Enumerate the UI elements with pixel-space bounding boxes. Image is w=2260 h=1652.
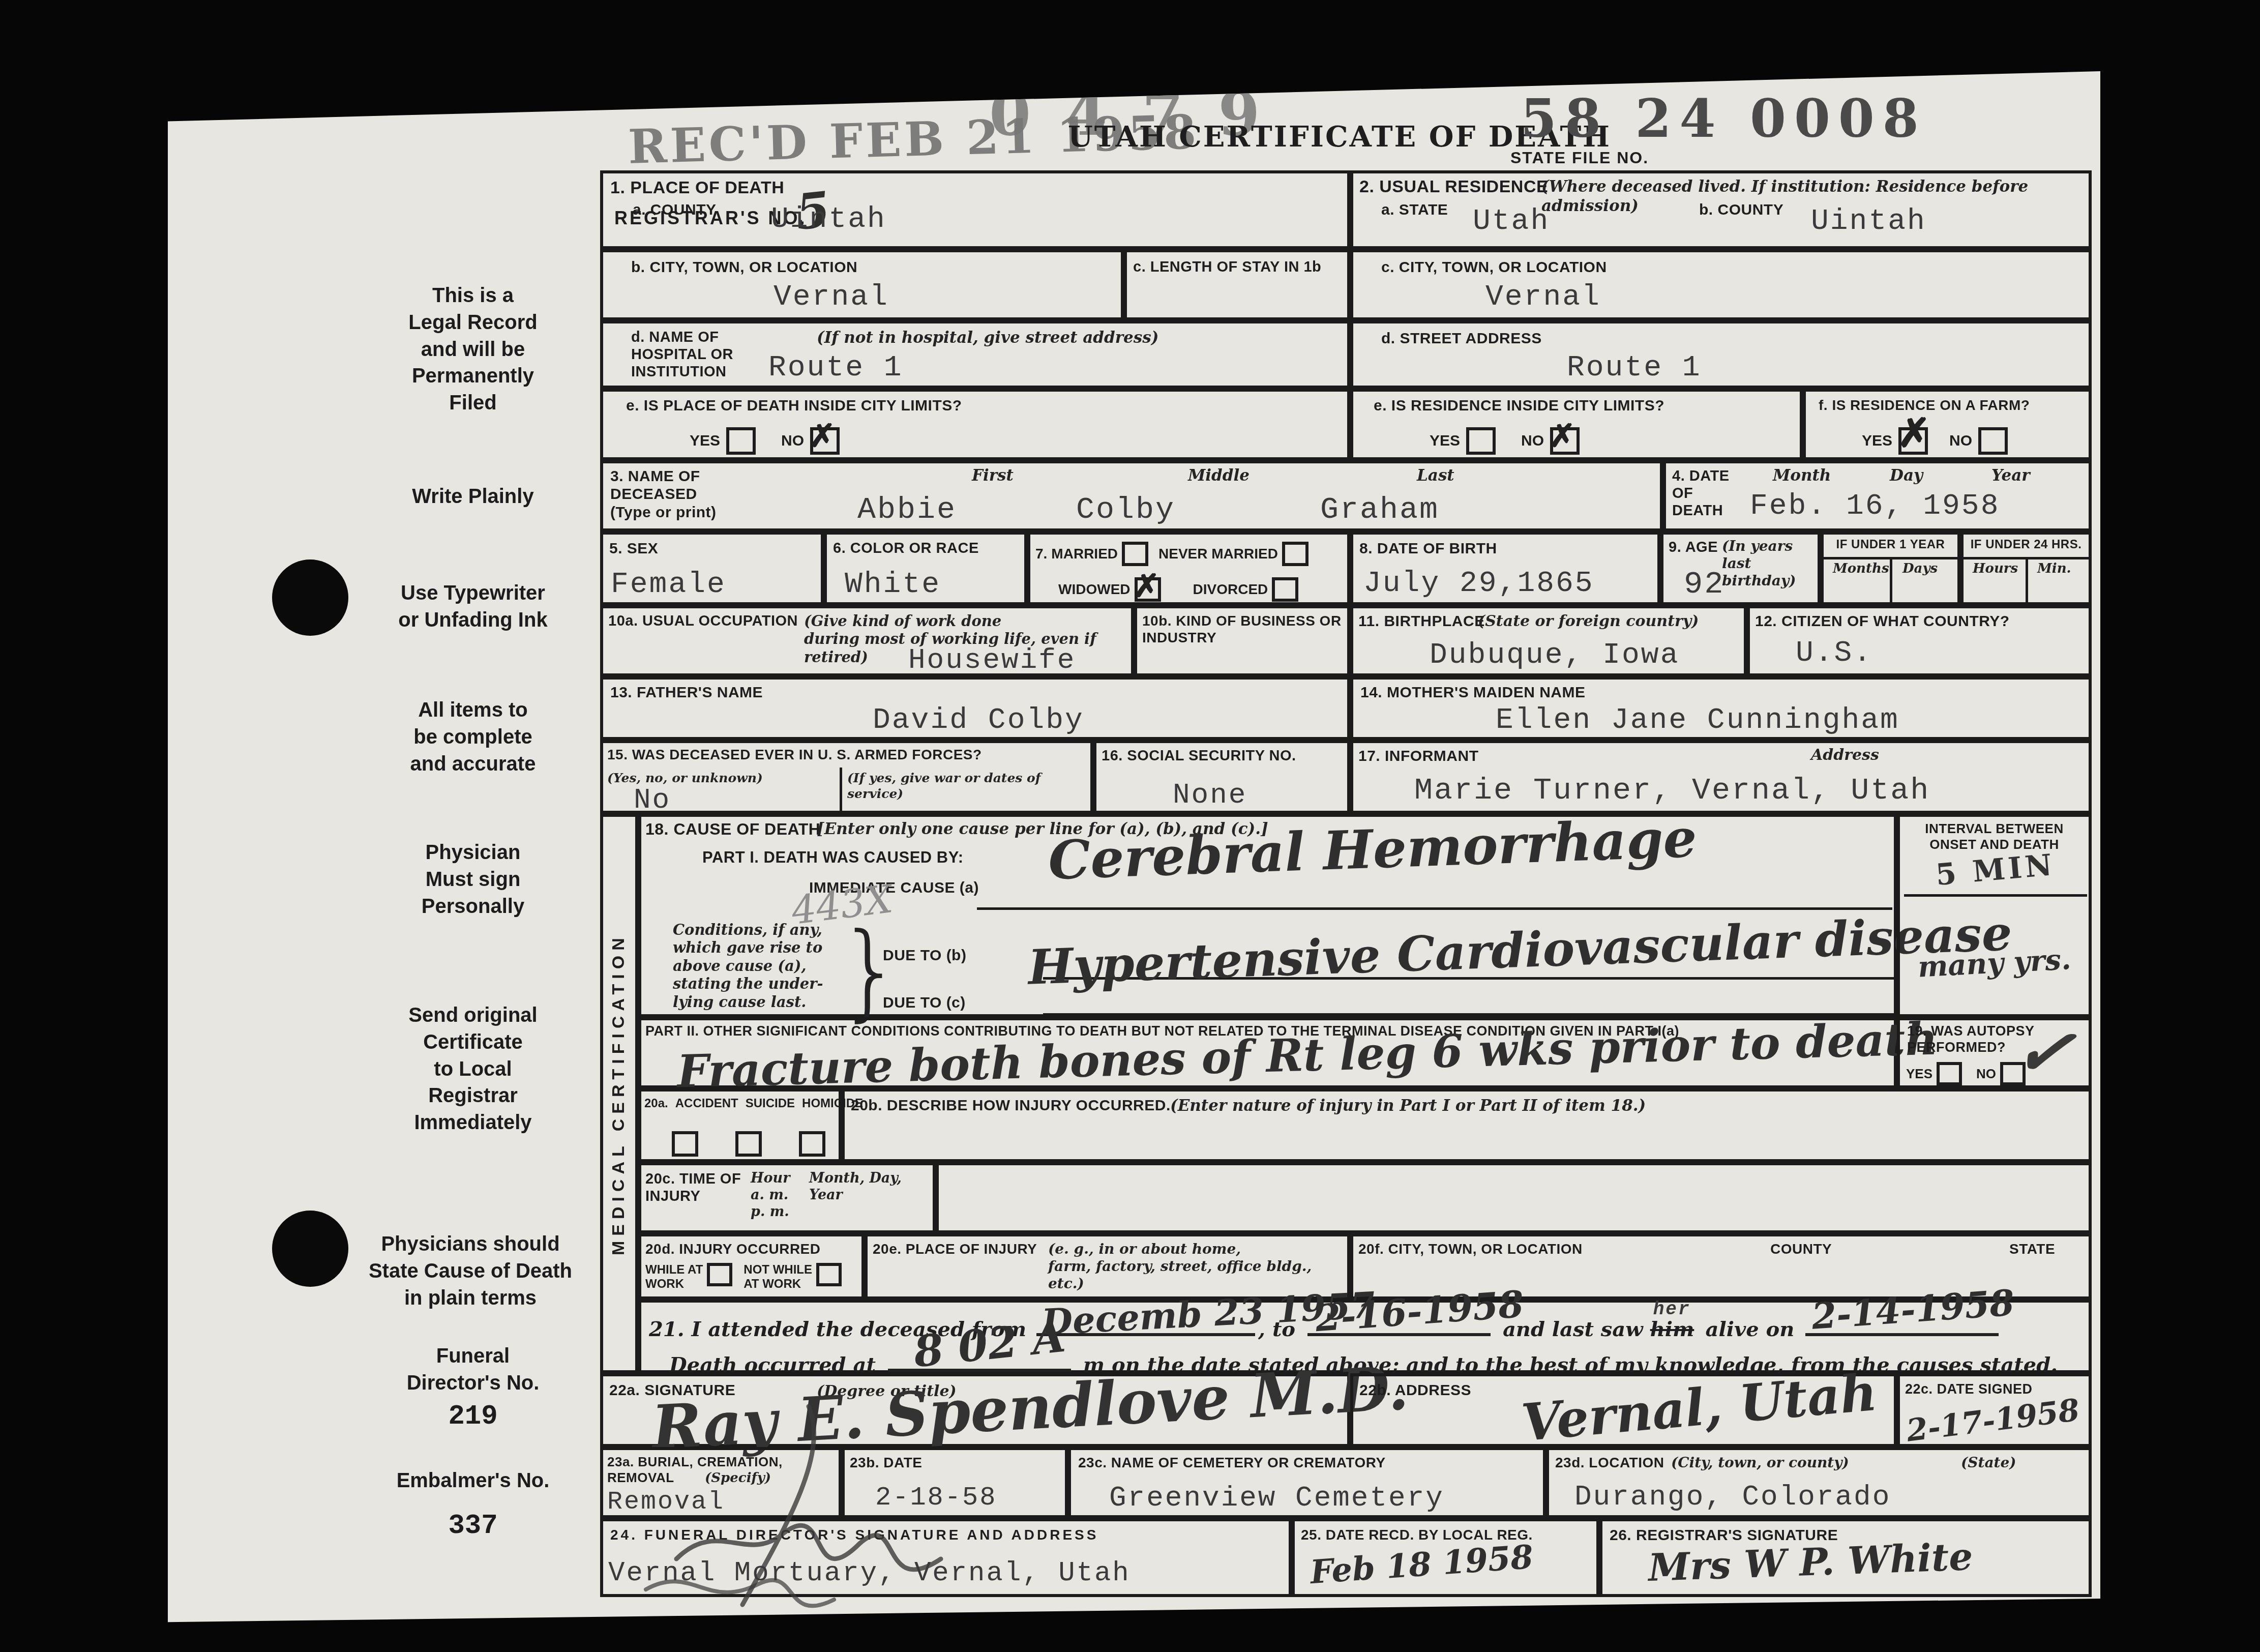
- death-county-value: Uintah: [771, 203, 886, 236]
- field-label: 20e. PLACE OF INJURY: [873, 1241, 1037, 1257]
- field-20b-describe-injury: 20b. DESCRIBE HOW INJURY OCCURRED. (Ente…: [842, 1088, 2092, 1162]
- field-26-registrar-signature: 26. REGISTRAR'S SIGNATURE Mrs W P. White: [1599, 1518, 2092, 1597]
- field-label: 1. PLACE OF DEATH: [610, 178, 784, 198]
- field-label: 9. AGE: [1669, 539, 1718, 556]
- field-label: e. IS RESIDENCE INSIDE CITY LIMITS?: [1374, 397, 1664, 415]
- field-15-armed-forces: 15. WAS DECEASED EVER IN U. S. ARMED FOR…: [600, 740, 1093, 814]
- field-label: 20d. INJURY OCCURRED: [645, 1241, 821, 1257]
- yes-checkbox: ✗: [1898, 427, 1928, 455]
- field-label: 7.: [1035, 546, 1047, 562]
- field-label: 24. FUNERAL DIRECTOR'S SIGNATURE AND ADD…: [610, 1526, 1098, 1543]
- social-security-value: None: [1173, 779, 1247, 811]
- armed-forces-value: No: [634, 784, 671, 816]
- state-file-no-label: STATE FILE NO.: [1510, 149, 1649, 168]
- field-9-age: 9. AGE (In years last birthday) 92: [1660, 532, 1821, 605]
- while-at-work-label: WHILE AT WORK: [645, 1263, 703, 1291]
- brace-glyph: }: [837, 911, 903, 1032]
- field-22c-date-signed: 22c. DATE SIGNED 2-17-1958: [1897, 1373, 2092, 1447]
- field-5-sex: 5. SEX Female: [600, 532, 824, 605]
- no-checkbox: [1978, 427, 2008, 455]
- state-file-number-stamp: 58 24 0008: [1521, 88, 1927, 150]
- field-4-date-of-death: 4. DATE OF DEATH Month Day Year Feb. 16,…: [1663, 460, 2092, 532]
- part1-label: PART I. DEATH WAS CAUSED BY:: [702, 848, 963, 867]
- field-label: 22c. DATE SIGNED: [1905, 1381, 2033, 1398]
- field-1-place-of-death: 1. PLACE OF DEATH a. COUNTY Uintah: [600, 170, 1350, 249]
- mothers-maiden-name-value: Ellen Jane Cunningham: [1496, 704, 1899, 737]
- hour-header: Hour a. m. p. m.: [751, 1170, 790, 1221]
- no-checkbox: ✗: [810, 427, 840, 455]
- field-label: 4. DATE OF DEATH: [1672, 467, 1730, 520]
- field-label: 13. FATHER'S NAME: [610, 684, 763, 701]
- field-2d-street-address: d. STREET ADDRESS Route 1: [1350, 320, 2092, 389]
- age-value: 92: [1684, 566, 1724, 602]
- field-label: 2. USUAL RESIDENCE: [1359, 176, 1548, 197]
- field-18-cause-of-death: 18. CAUSE OF DEATH [Enter only one cause…: [638, 814, 1897, 1017]
- field-label: 11. BIRTHPLACE: [1358, 612, 1485, 630]
- field-9-under-24-hrs: IF UNDER 24 HRS. Hours Min.: [1960, 532, 2092, 605]
- no-checkbox: ✗: [1550, 427, 1580, 455]
- death-city-value: Vernal: [774, 281, 889, 314]
- hospital-value: Route 1: [768, 351, 903, 385]
- field-hint: (In years last birthday): [1722, 538, 1818, 589]
- field-19-autopsy: 19. WAS AUTOPSY PERFORMED? YES NO ✓: [1897, 1017, 2092, 1088]
- field-12-citizenship: 12. CITIZEN OF WHAT COUNTRY? U.S.: [1747, 605, 2092, 676]
- field-hint: (Enter nature of injury in Part I or Par…: [1170, 1097, 1646, 1116]
- field-label: 5. SEX: [609, 540, 658, 557]
- immediate-cause-value: Cerebral Hemorrhage: [1047, 807, 1698, 892]
- date-header: Month, Day, Year: [809, 1170, 933, 1204]
- yes-label: YES: [690, 432, 720, 450]
- field-label: 10b. KIND OF BUSINESS OR INDUSTRY: [1142, 612, 1346, 646]
- no-label: NO: [1976, 1066, 1996, 1082]
- field-hint: (e. g., in or about home, farm, factory,…: [1048, 1241, 1347, 1292]
- first-header: First: [972, 466, 1014, 486]
- field-2e-city-limits: e. IS RESIDENCE INSIDE CITY LIMITS? YES …: [1350, 389, 1803, 460]
- yes-label: YES: [1906, 1066, 1932, 1082]
- middle-header: Middle: [1188, 466, 1250, 486]
- informant-value: Marie Turner, Vernal, Utah: [1414, 774, 1930, 808]
- state-hint: (State): [1961, 1454, 2016, 1471]
- field-label: 17. INFORMANT: [1358, 747, 1479, 765]
- field-6-color-or-race: 6. COLOR OR RACE White: [824, 532, 1027, 605]
- field-hint: (City, town, or county): [1671, 1454, 1849, 1471]
- field-25-date-received: 25. DATE RECD. BY LOCAL REG. Feb 18 1958: [1292, 1518, 1599, 1597]
- punch-hole: [272, 1211, 348, 1287]
- field-label: 16. SOCIAL SECURITY NO.: [1102, 747, 1296, 764]
- cemetery-value: Greenview Cemetery: [1109, 1482, 1444, 1514]
- field-10b-industry: 10b. KIND OF BUSINESS OR INDUSTRY: [1134, 605, 1350, 676]
- field-23d-location: 23d. LOCATION (City, town, or county) (S…: [1546, 1447, 2092, 1518]
- field-20c-spacer: [936, 1162, 2092, 1233]
- accident-label: ACCIDENT: [675, 1097, 738, 1111]
- residence-state-value: Utah: [1473, 205, 1550, 238]
- months-header: Months: [1833, 561, 1889, 577]
- margin-note-write-plainly: Write Plainly: [361, 483, 585, 510]
- yes-label: YES: [1430, 432, 1460, 450]
- field-2f-farm: f. IS RESIDENCE ON A FARM? YES ✗ NO: [1803, 389, 2092, 460]
- field-label: b. CITY, TOWN, OR LOCATION: [631, 258, 857, 276]
- field-label: e. IS PLACE OF DEATH INSIDE CITY LIMITS?: [626, 397, 962, 415]
- day-header: Day: [1890, 466, 1923, 486]
- field-label: 20a.: [644, 1097, 668, 1111]
- field-20a-accident-suicide-homicide: 20a. ACCIDENT SUICIDE HOMICIDE: [638, 1088, 842, 1162]
- field-22a-signature: 22a. SIGNATURE (Degree or title) Ray E. …: [600, 1373, 1350, 1447]
- field-17-informant: 17. INFORMANT Address Marie Turner, Vern…: [1350, 740, 2092, 814]
- margin-note-complete: All items to be complete and accurate: [361, 697, 585, 777]
- field-3-name-of-deceased: 3. NAME OF DECEASED (Type or print) Firs…: [600, 460, 1663, 532]
- no-label: NO: [1949, 432, 1972, 450]
- accident-checkbox: [672, 1131, 698, 1157]
- due-to-b-value: Hypertensive Cardiovascular disease: [1027, 905, 2013, 995]
- burial-location-value: Durango, Colorado: [1574, 1481, 1891, 1513]
- date-received-value: Feb 18 1958: [1309, 1538, 1534, 1591]
- margin-note-plain-terms: Physicians should State Cause of Death i…: [343, 1231, 598, 1311]
- medical-certification-strip: MEDICAL CERTIFICATION: [600, 814, 638, 1373]
- field-23b-burial-date: 23b. DATE 2-18-58: [842, 1447, 1068, 1518]
- attended-to-blank: 2-16-1958: [1307, 1310, 1491, 1336]
- field-9-under-1-year: IF UNDER 1 YEAR Months Days: [1821, 532, 1960, 605]
- birthplace-value: Dubuque, Iowa: [1430, 639, 1679, 672]
- field-hint: (Specify): [705, 1470, 771, 1487]
- field-1e-city-limits: e. IS PLACE OF DEATH INSIDE CITY LIMITS?…: [600, 389, 1350, 460]
- while-at-work-checkbox: [707, 1263, 732, 1286]
- days-header: Days: [1902, 561, 1938, 577]
- race-value: White: [845, 568, 941, 601]
- field-7-marital-status: 7. MARRIED NEVER MARRIED WIDOWED ✗ DIVOR…: [1027, 532, 1350, 605]
- him-printed-struck: him: [1650, 1317, 1694, 1341]
- fathers-name-value: David Colby: [873, 704, 1084, 737]
- field-2-usual-residence: 2. USUAL RESIDENCE (Where deceased lived…: [1350, 170, 2092, 249]
- attended-text: alive on: [1706, 1317, 1795, 1341]
- field-label: 23b. DATE: [850, 1454, 922, 1471]
- married-checkbox: [1122, 542, 1148, 566]
- due-to-c-label: DUE TO (c): [883, 994, 966, 1012]
- field-hint: (If yes, give war or dates of service): [847, 771, 1090, 802]
- field-10a-occupation: 10a. USUAL OCCUPATION (Give kind of work…: [600, 605, 1134, 676]
- suicide-label: SUICIDE: [746, 1097, 795, 1111]
- last-header: Last: [1417, 466, 1454, 486]
- margin-note-physician-sign: Physician Must sign Personally: [361, 839, 585, 920]
- margin-note-legal-record: This is a Legal Record and will be Perma…: [361, 282, 585, 417]
- field-label: 22b. ADDRESS: [1359, 1381, 1471, 1399]
- conditions-note: Conditions, if any, which gave rise to a…: [673, 921, 823, 1011]
- field-label: 18. CAUSE OF DEATH: [645, 820, 820, 839]
- burial-date-value: 2-18-58: [875, 1483, 997, 1513]
- field-22b-address: 22b. ADDRESS Vernal, Utah: [1350, 1373, 1897, 1447]
- field-label: 20b. DESCRIBE HOW INJURY OCCURRED.: [851, 1097, 1171, 1114]
- widowed-label: WIDOWED: [1058, 581, 1131, 598]
- no-label: NO: [1521, 432, 1544, 450]
- field-label: 20c. TIME OF INJURY: [645, 1170, 741, 1205]
- yes-label: YES: [1862, 432, 1892, 450]
- field-hint: (If not in hospital, give street address…: [817, 329, 1158, 348]
- certificate-paper: REC'D FEB 21 1958 0479 UTAH CERTIFICATE …: [168, 71, 2100, 1638]
- field-label: 14. MOTHER'S MAIDEN NAME: [1360, 684, 1586, 701]
- field-hint: (Yes, no, or unknown): [607, 771, 763, 786]
- field-18-part2: PART II. OTHER SIGNIFICANT CONDITIONS CO…: [638, 1017, 1897, 1088]
- field-24-funeral-director: 24. FUNERAL DIRECTOR'S SIGNATURE AND ADD…: [600, 1518, 1292, 1597]
- first-name-value: Abbie: [857, 493, 957, 527]
- field-hint: (State or foreign country): [1478, 612, 1699, 631]
- field-label: a. COUNTY: [633, 201, 717, 219]
- not-while-at-work-checkbox: [816, 1263, 842, 1286]
- under-24-hrs-label: IF UNDER 24 HRS.: [1964, 538, 2089, 552]
- citizenship-value: U.S.: [1796, 637, 1872, 670]
- embalmer-no-value: 337: [361, 1508, 585, 1544]
- residence-county-value: Uintah: [1811, 205, 1926, 238]
- form-grid: 1. PLACE OF DEATH a. COUNTY Uintah 2. US…: [600, 170, 2092, 1597]
- min-header: Min.: [2037, 561, 2071, 577]
- widowed-checkbox: ✗: [1135, 577, 1161, 602]
- funeral-director-no-label: Funeral Director's No.: [361, 1343, 585, 1397]
- interval-a-value: 5 MIN: [1934, 847, 2056, 892]
- date-of-death-value: Feb. 16, 1958: [1750, 490, 2000, 523]
- field-20d-injury-occurred: 20d. INJURY OCCURRED WHILE AT WORK NOT W…: [638, 1233, 865, 1300]
- last-alive-blank: 2-14-1958: [1805, 1310, 1999, 1336]
- field-8-date-of-birth: 8. DATE OF BIRTH July 29,1865: [1350, 532, 1660, 605]
- field-2c-city: c. CITY, TOWN, OR LOCATION Vernal: [1350, 249, 2092, 320]
- field-14-mothers-maiden-name: 14. MOTHER'S MAIDEN NAME Ellen Jane Cunn…: [1350, 676, 2092, 740]
- death-time-blank: 8 02 A: [888, 1345, 1071, 1372]
- due-to-b-label: DUE TO (b): [883, 947, 966, 964]
- no-label: NO: [781, 432, 804, 450]
- physician-address-value: Vernal, Utah: [1519, 1362, 1879, 1453]
- hours-header: Hours: [1973, 561, 2018, 577]
- field-label: d. STREET ADDRESS: [1381, 330, 1542, 347]
- state-header: STATE: [2009, 1241, 2055, 1257]
- occupation-value: Housewife: [908, 644, 1076, 676]
- field-label: 10a. USUAL OCCUPATION: [608, 612, 798, 630]
- divorced-checkbox: [1272, 577, 1298, 602]
- field-label: 23c. NAME OF CEMETERY OR CREMATORY: [1078, 1454, 1386, 1471]
- field-16-social-security: 16. SOCIAL SECURITY NO. None: [1093, 740, 1350, 814]
- suicide-checkbox: [735, 1131, 762, 1157]
- address-header: Address: [1811, 746, 1879, 765]
- interval-b-value: many yrs.: [1917, 942, 2071, 984]
- divorced-label: DIVORCED: [1193, 581, 1268, 598]
- field-23a-burial: 23a. BURIAL, CREMATION, REMOVAL (Specify…: [600, 1447, 842, 1518]
- field-label: a. STATE: [1381, 201, 1448, 219]
- field-label: b. COUNTY: [1699, 201, 1783, 219]
- field-label: 15. WAS DECEASED EVER IN U. S. ARMED FOR…: [607, 746, 982, 763]
- month-header: Month: [1773, 466, 1831, 486]
- attended-from-blank: Decemb 23 1957: [1036, 1310, 1255, 1336]
- yes-checkbox: [1466, 427, 1496, 455]
- field-label: 3. NAME OF DECEASED (Type or print): [610, 467, 717, 521]
- field-1c-length-of-stay: c. LENGTH OF STAY IN 1b: [1124, 249, 1350, 320]
- punch-hole: [272, 559, 348, 636]
- field-label: 12. CITIZEN OF WHAT COUNTRY?: [1755, 612, 2010, 630]
- county-header: COUNTY: [1770, 1241, 1832, 1257]
- margin-note-send-original: Send original Certificate to Local Regis…: [361, 1002, 585, 1136]
- yes-checkbox: [1937, 1062, 1962, 1085]
- field-1d-hospital: d. NAME OF HOSPITAL OR INSTITUTION (If n…: [600, 320, 1350, 389]
- sex-value: Female: [611, 568, 726, 601]
- embalmer-no-label: Embalmer's No.: [361, 1467, 585, 1494]
- field-label: d. NAME OF HOSPITAL OR INSTITUTION: [631, 329, 733, 381]
- field-13-fathers-name: 13. FATHER'S NAME David Colby: [600, 676, 1350, 740]
- field-label: 8. DATE OF BIRTH: [1359, 540, 1497, 557]
- burial-type-value: Removal: [607, 1488, 725, 1517]
- her-typed-correction: her: [1653, 1299, 1691, 1320]
- year-header: Year: [1991, 466, 2030, 486]
- not-while-at-work-label: NOT WHILE AT WORK: [744, 1263, 812, 1291]
- interval-column: INTERVAL BETWEEN ONSET AND DEATH 5 MIN m…: [1897, 814, 2092, 1017]
- field-label: 20f. CITY, TOWN, OR LOCATION: [1358, 1241, 1583, 1257]
- middle-name-value: Colby: [1076, 493, 1175, 527]
- field-20c-time-of-injury: 20c. TIME OF INJURY Hour a. m. p. m. Mon…: [638, 1162, 936, 1233]
- yes-checkbox: [726, 427, 756, 455]
- homicide-checkbox: [799, 1131, 825, 1157]
- never-married-checkbox: [1282, 542, 1309, 566]
- field-label: c. LENGTH OF STAY IN 1b: [1133, 258, 1342, 276]
- field-11-birthplace: 11. BIRTHPLACE (State or foreign country…: [1350, 605, 1747, 676]
- margin-note-typewriter: Use Typewriter or Unfading Ink: [361, 580, 585, 634]
- last-name-value: Graham: [1320, 493, 1439, 527]
- date-signed-value: 2-17-1958: [1905, 1392, 2081, 1449]
- field-23c-cemetery: 23c. NAME OF CEMETERY OR CREMATORY Green…: [1068, 1447, 1546, 1518]
- residence-city-value: Vernal: [1485, 281, 1601, 314]
- married-label: MARRIED: [1051, 546, 1118, 562]
- interval-label: INTERVAL BETWEEN ONSET AND DEATH: [1900, 821, 2089, 852]
- never-married-label: NEVER MARRIED: [1158, 546, 1278, 562]
- field-label: 23d. LOCATION: [1555, 1454, 1664, 1471]
- funeral-director-no-value: 219: [361, 1399, 585, 1435]
- field-label: c. CITY, TOWN, OR LOCATION: [1381, 258, 1607, 276]
- date-of-birth-value: July 29,1865: [1363, 567, 1594, 600]
- autopsy-no-checkmark: ✓: [2009, 1007, 2079, 1098]
- street-address-value: Route 1: [1567, 351, 1702, 385]
- field-label: 6. COLOR OR RACE: [833, 540, 979, 557]
- under-1-year-label: IF UNDER 1 YEAR: [1824, 538, 1957, 552]
- medical-certification-label: MEDICAL CERTIFICATION: [608, 832, 629, 1356]
- field-1b-city: b. CITY, TOWN, OR LOCATION Vernal: [600, 249, 1124, 320]
- funeral-director-value: Vernal Mortuary, Vernal, Utah: [608, 1558, 1131, 1589]
